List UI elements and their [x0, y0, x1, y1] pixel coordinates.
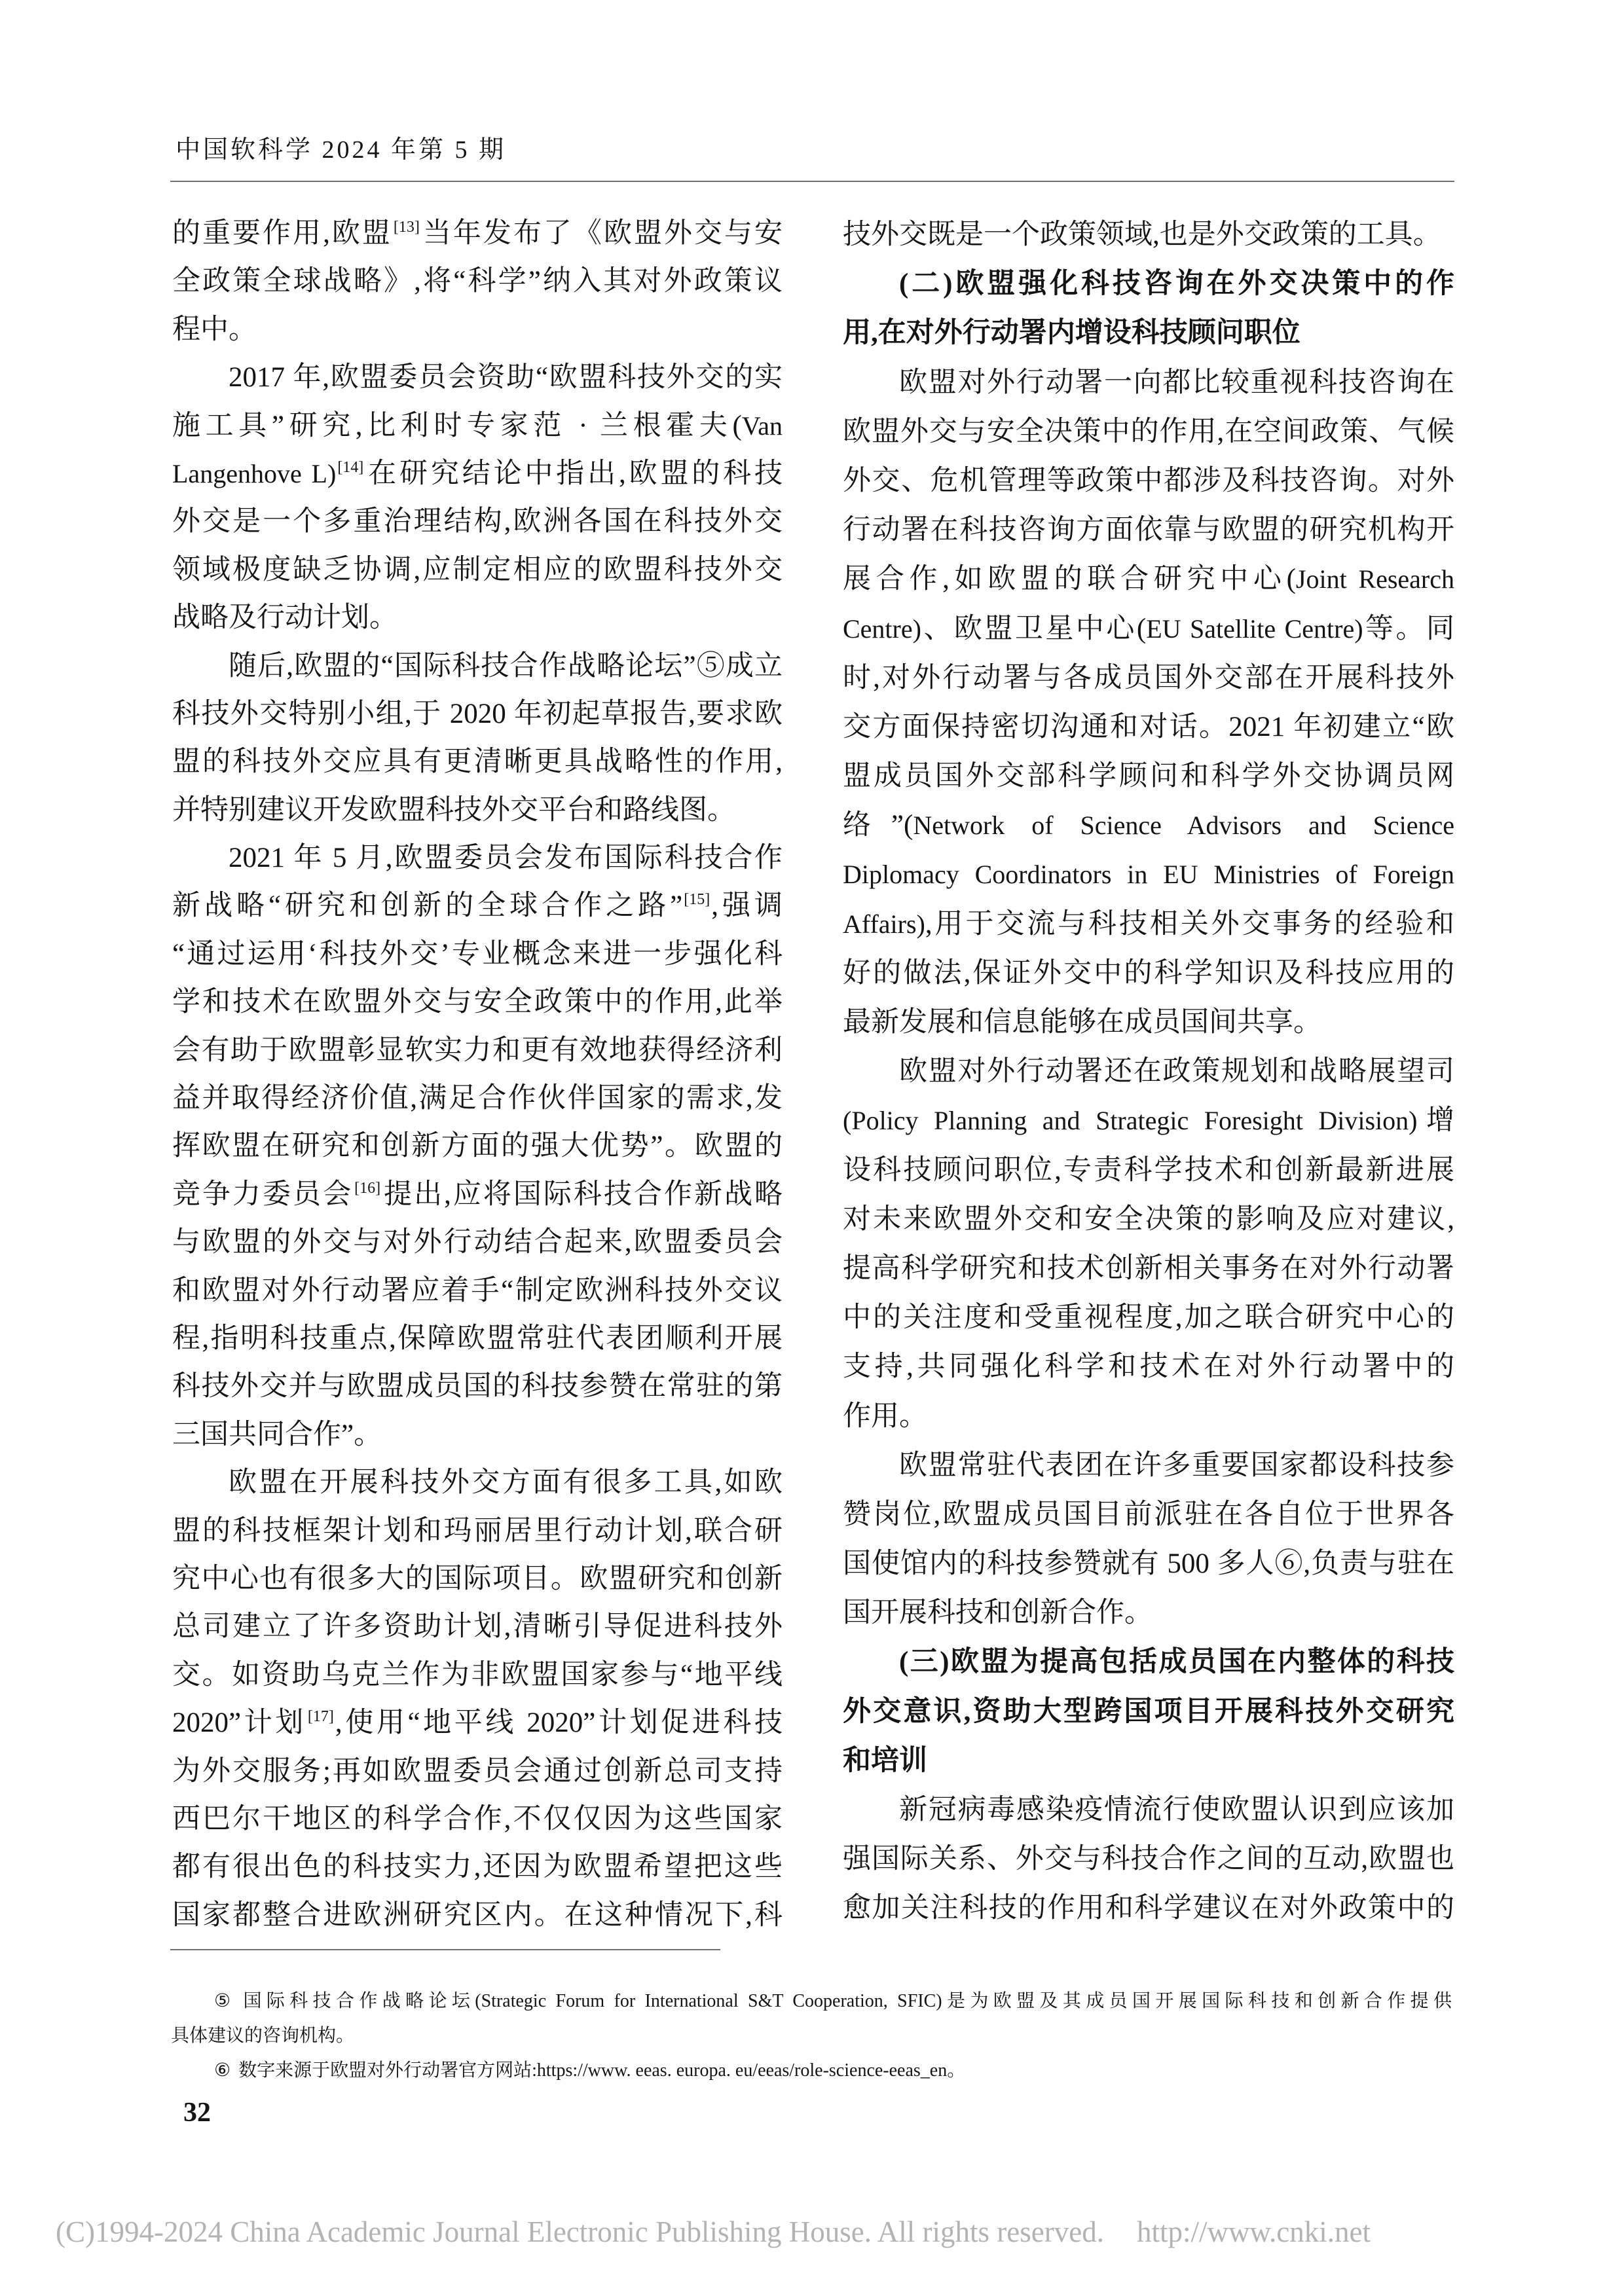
- text-line: 与欧盟的外交与对外行动结合起来,欧盟委员会: [172, 1218, 783, 1266]
- text-line: 为外交服务;再如欧盟委员会通过创新总司支持: [172, 1747, 783, 1795]
- page-number: 32: [183, 2098, 211, 2127]
- text-line: 程,指明科技重点,保障欧盟常驻代表团顺利开展: [172, 1315, 783, 1362]
- text-run: (二)欧盟强化科技咨询在外交决策中的作: [899, 268, 1454, 299]
- text-run: 络”(: [843, 810, 913, 841]
- text-run: 和培训: [843, 1745, 927, 1776]
- text-line: 国开展科技和创新合作。: [843, 1588, 1454, 1637]
- text-line: 行动署在科技咨询方面依靠与欧盟的研究机构开: [843, 505, 1454, 555]
- latin-run: Network of Science Advisors and Science: [913, 811, 1454, 840]
- text-run: 战略及行动计划。: [172, 602, 397, 633]
- paragraph: 欧盟对外行动署一向都比较重视科技咨询在 欧盟外交与安全决策中的作用,在空间政策、…: [843, 358, 1454, 1048]
- text-line: 对未来欧盟外交和安全决策的影响及应对建议,: [843, 1195, 1454, 1244]
- text-run: 2017 年,欧盟委员会资助“欧盟科技外交的实: [229, 362, 783, 393]
- footnote-line: ⑤国际科技合作战略论坛(Strategic Forum for Internat…: [171, 1984, 1452, 2018]
- heading-line: 用,在对外行动署内增设科技顾问职位: [843, 308, 1454, 357]
- text-run: 欧盟对外行动署还在政策规划和战略展望司: [899, 1056, 1454, 1087]
- paragraph: 欧盟常驻代表团在许多重要国家都设科技参 赞岗位,欧盟成员国目前派驻在各自位于世界…: [843, 1441, 1454, 1638]
- text-run: 会有助于欧盟彰显软实力和更有效地获得经济利: [172, 1035, 783, 1066]
- paragraph: 技外交既是一个政策领域,也是外交政策的工具。: [843, 210, 1454, 259]
- text-line: “通过运用‘科技外交’专业概念来进一步强化科: [172, 930, 783, 978]
- text-run: 强国际关系、外交与科技合作之间的互动,欧盟也: [843, 1844, 1454, 1874]
- section-heading: (三)欧盟为提高包括成员国在内整体的科技 外交意识,资助大型跨国项目开展科技外交…: [843, 1637, 1454, 1785]
- citation-superscript: [16]: [354, 1180, 380, 1197]
- heading-line: (二)欧盟强化科技咨询在外交决策中的作: [843, 259, 1454, 308]
- text-run: 支持,共同强化科学和技术在对外行动署中的: [843, 1351, 1454, 1382]
- text-run: 施工具”研究,比利时专家范 · 兰根霍夫(: [172, 410, 742, 441]
- footnote-text: 数字来源于欧盟对外行动署官方网站:https://www. eeas. euro…: [238, 2060, 965, 2081]
- text-line: 技外交既是一个政策领域,也是外交政策的工具。: [843, 210, 1454, 259]
- text-run: 和欧盟对外行动署应着手“制定欧洲科技外交议: [172, 1275, 783, 1306]
- text-line: 中的关注度和受重视程度,加之联合研究中心的: [843, 1293, 1454, 1342]
- text-line: 络”(Network of Science Advisors and Scien…: [843, 801, 1454, 850]
- text-run: 国使馆内的科技参赞就有 500 多人⑥,负责与驻在: [843, 1548, 1454, 1579]
- text-run: 欧盟外交与安全决策中的作用,在空间政策、气候: [843, 416, 1454, 447]
- right-column: 技外交既是一个政策领域,也是外交政策的工具。 (二)欧盟强化科技咨询在外交决策中…: [843, 210, 1454, 1933]
- text-line: 程中。: [172, 306, 783, 354]
- text-run: 提出,应将国际科技合作新战略: [382, 1179, 783, 1210]
- text-line: 战略及行动计划。: [172, 594, 783, 642]
- text-run: 为外交服务;再如欧盟委员会通过创新总司支持: [172, 1756, 783, 1787]
- text-line: (Policy Planning and Strategic Foresight…: [843, 1096, 1454, 1145]
- latin-run: EU Satellite Centre): [1146, 614, 1363, 644]
- text-run: 挥欧盟在研究和创新方面的强大优势”。欧盟的: [172, 1131, 783, 1161]
- footnote-text: 具体建议的咨询机构。: [171, 2026, 354, 2046]
- paragraph: 2017 年,欧盟委员会资助“欧盟科技外交的实 施工具”研究,比利时专家范 · …: [172, 354, 783, 642]
- text-run: 用,在对外行动署内增设科技顾问职位: [843, 318, 1301, 348]
- text-line: 2020”计划[17],使用“地平线 2020”计划促进科技: [172, 1699, 783, 1747]
- text-line: 随后,欧盟的“国际科技合作战略论坛”⑤成立: [172, 642, 783, 690]
- text-line: 外交、危机管理等政策中都涉及科技咨询。对外: [843, 456, 1454, 505]
- citation-superscript: [14]: [337, 459, 363, 476]
- text-run: 2020”计划: [172, 1707, 306, 1738]
- section-heading: (二)欧盟强化科技咨询在外交决策中的作 用,在对外行动署内增设科技顾问职位: [843, 259, 1454, 357]
- text-run: 科技外交特别小组,于 2020 年初起草报告,要求欧: [172, 699, 783, 729]
- text-line: 西巴尔干地区的科学合作,不仅仅因为这些国家: [172, 1795, 783, 1843]
- text-line: 盟成员国外交部科学顾问和科学外交协调员网: [843, 752, 1454, 801]
- text-run: “通过运用‘科技外交’专业概念来进一步强化科: [172, 939, 783, 970]
- latin-run: Diplomacy Coordinators in EU Ministries …: [843, 860, 1454, 889]
- text-run: 欧盟在开展科技外交方面有很多工具,如欧: [229, 1467, 783, 1498]
- text-line: 设科技顾问职位,专责科学技术和创新最新进展: [843, 1146, 1454, 1195]
- text-run: 等。同: [1363, 613, 1454, 644]
- text-run: 西巴尔干地区的科学合作,不仅仅因为这些国家: [172, 1804, 783, 1834]
- text-run: 盟的科技外交应具有更清晰更具战略性的作用,: [172, 746, 783, 777]
- footnote-rule: [170, 1949, 720, 1950]
- paragraph: 新冠病毒感染疫情流行使欧盟认识到应该加 强国际关系、外交与科技合作之间的互动,欧…: [843, 1785, 1454, 1933]
- left-column: 的重要作用,欧盟[13]当年发布了《欧盟外交与安 全政策全球战略》,将“科学”纳…: [172, 210, 783, 1939]
- text-run: 交。如资助乌克兰作为非欧盟国家参与“地平线: [172, 1660, 783, 1690]
- text-line: 时,对外行动署与各成员国外交部在开展科技外: [843, 653, 1454, 702]
- text-line: 施工具”研究,比利时专家范 · 兰根霍夫(Van: [172, 402, 783, 450]
- header-rule: [170, 181, 1454, 182]
- text-run: 程中。: [172, 314, 257, 345]
- text-run: 时,对外行动署与各成员国外交部在开展科技外: [843, 663, 1454, 693]
- text-line: 好的做法,保证外交中的科学知识及科技应用的: [843, 949, 1454, 998]
- text-line: 的重要作用,欧盟[13]当年发布了《欧盟外交与安: [172, 210, 783, 257]
- text-line: 交。如资助乌克兰作为非欧盟国家参与“地平线: [172, 1651, 783, 1699]
- paragraph: 2021 年 5 月,欧盟委员会发布国际科技合作 新战略“研究和创新的全球合作之…: [172, 834, 783, 1459]
- text-line: 新战略“研究和创新的全球合作之路”[15],强调: [172, 882, 783, 930]
- text-run: ,使用“地平线 2020”计划促进科技: [335, 1707, 783, 1738]
- text-line: 会有助于欧盟彰显软实力和更有效地获得经济利: [172, 1027, 783, 1074]
- text-run: 程,指明科技重点,保障欧盟常驻代表团顺利开展: [172, 1323, 783, 1354]
- text-run: 提高科学研究和技术创新相关事务在对外行动署: [843, 1253, 1454, 1284]
- latin-run: Affairs): [843, 909, 925, 939]
- text-line: 欧盟对外行动署一向都比较重视科技咨询在: [843, 358, 1454, 407]
- text-line: 三国共同合作”。: [172, 1411, 783, 1459]
- text-run: 全政策全球战略》,将“科学”纳入其对外政策议: [172, 266, 783, 297]
- copyright-text: (C)1994-2024 China Academic Journal Elec…: [56, 2215, 1104, 2248]
- text-line: 都有很出色的科技实力,还因为欧盟希望把这些: [172, 1843, 783, 1891]
- citation-superscript: [17]: [308, 1708, 334, 1725]
- footnote-marker: ⑤: [214, 1991, 235, 2011]
- text-run: 科技外交并与欧盟成员国的科技参赞在常驻的第: [172, 1371, 783, 1402]
- paragraph: 欧盟在开展科技外交方面有很多工具,如欧 盟的科技框架计划和玛丽居里行动计划,联合…: [172, 1459, 783, 1939]
- text-run: 三国共同合作”。: [172, 1419, 382, 1450]
- footnote-text: 国际科技合作战略论坛(Strategic Forum for Internati…: [243, 1991, 1452, 2011]
- text-line: 外交是一个多重治理结构,欧洲各国在科技外交: [172, 498, 783, 545]
- text-line: 竞争力委员会[16]提出,应将国际科技合作新战略: [172, 1171, 783, 1218]
- text-run: 欧盟对外行动署一向都比较重视科技咨询在: [899, 367, 1454, 398]
- text-line: 新冠病毒感染疫情流行使欧盟认识到应该加: [843, 1785, 1454, 1834]
- text-run: 交方面保持密切沟通和对话。2021 年初建立“欧: [843, 712, 1454, 742]
- text-line: 提高科学研究和技术创新相关事务在对外行动署: [843, 1244, 1454, 1293]
- text-line: 赞岗位,欧盟成员国目前派驻在各自位于世界各: [843, 1490, 1454, 1539]
- text-line: 究中心也有很多大的国际项目。欧盟研究和创新: [172, 1555, 783, 1603]
- text-run: 当年发布了《欧盟外交与安: [421, 218, 783, 249]
- text-line: 和欧盟对外行动署应着手“制定欧洲科技外交议: [172, 1267, 783, 1315]
- text-line: 交方面保持密切沟通和对话。2021 年初建立“欧: [843, 702, 1454, 752]
- text-run: 随后,欧盟的“国际科技合作战略论坛”⑤成立: [229, 651, 783, 682]
- journal-page: 中国软科学 2024 年第 5 期 的重要作用,欧盟[13]当年发布了《欧盟外交…: [0, 0, 1624, 2296]
- latin-run: Langenhove L): [172, 459, 336, 488]
- text-run: 技外交既是一个政策领域,也是外交政策的工具。: [843, 219, 1441, 250]
- text-run: 增: [1418, 1105, 1455, 1136]
- paragraph: 欧盟对外行动署还在政策规划和战略展望司 (Policy Planning and…: [843, 1047, 1454, 1441]
- paragraph: 随后,欧盟的“国际科技合作战略论坛”⑤成立 科技外交特别小组,于 2020 年初…: [172, 642, 783, 835]
- text-line: 国家都整合进欧洲研究区内。在这种情况下,科: [172, 1891, 783, 1939]
- text-line: 益并取得经济价值,满足合作伙伴国家的需求,发: [172, 1074, 783, 1122]
- footnote-line: ⑥数字来源于欧盟对外行动署官方网站:https://www. eeas. eur…: [171, 2053, 1452, 2088]
- text-run: 与欧盟的外交与对外行动结合起来,欧盟委员会: [172, 1227, 783, 1258]
- text-run: 领域极度缺乏协调,应制定相应的欧盟科技外交: [172, 555, 783, 585]
- citation-superscript: [13]: [394, 219, 420, 236]
- text-line: Diplomacy Coordinators in EU Ministries …: [843, 850, 1454, 899]
- text-run: 对未来欧盟外交和安全决策的影响及应对建议,: [843, 1204, 1454, 1235]
- text-line: 强国际关系、外交与科技合作之间的互动,欧盟也: [843, 1834, 1454, 1884]
- publisher-url: http://www.cnki.net: [1137, 2215, 1371, 2248]
- text-run: 新冠病毒感染疫情流行使欧盟认识到应该加: [899, 1795, 1454, 1825]
- text-line: 愈加关注科技的作用和科学建议在对外政策中的: [843, 1884, 1454, 1933]
- paragraph: 的重要作用,欧盟[13]当年发布了《欧盟外交与安 全政策全球战略》,将“科学”纳…: [172, 210, 783, 354]
- text-line: 学和技术在欧盟外交与安全政策中的作用,此举: [172, 978, 783, 1026]
- text-run: 展合作,如欧盟的联合研究中心(: [843, 564, 1296, 594]
- text-line: 欧盟对外行动署还在政策规划和战略展望司: [843, 1047, 1454, 1096]
- text-run: 赞岗位,欧盟成员国目前派驻在各自位于世界各: [843, 1499, 1454, 1530]
- latin-run: Joint Research: [1296, 564, 1454, 594]
- text-run: 作用。: [843, 1401, 927, 1432]
- text-line: 挥欧盟在研究和创新方面的强大优势”。欧盟的: [172, 1122, 783, 1170]
- footnote-line: 具体建议的咨询机构。: [171, 2018, 1452, 2053]
- heading-line: 和培训: [843, 1736, 1454, 1785]
- text-run: 在研究结论中指出,欧盟的科技: [365, 458, 783, 489]
- text-line: 全政策全球战略》,将“科学”纳入其对外政策议: [172, 257, 783, 305]
- footnote-marker: ⑥: [214, 2060, 231, 2081]
- text-run: 总司建立了许多资助计划,清晰引导促进科技外: [172, 1611, 783, 1642]
- text-line: 2017 年,欧盟委员会资助“欧盟科技外交的实: [172, 354, 783, 401]
- text-line: 科技外交并与欧盟成员国的科技参赞在常驻的第: [172, 1362, 783, 1410]
- text-run: 益并取得经济价值,满足合作伙伴国家的需求,发: [172, 1083, 783, 1114]
- footnotes: ⑤国际科技合作战略论坛(Strategic Forum for Internat…: [171, 1984, 1452, 2088]
- text-line: 展合作,如欧盟的联合研究中心(Joint Research: [843, 555, 1454, 604]
- text-line: 支持,共同强化科学和技术在对外行动署中的: [843, 1342, 1454, 1391]
- text-run: 国家都整合进欧洲研究区内。在这种情况下,科: [172, 1900, 783, 1931]
- text-run: 盟的科技框架计划和玛丽居里行动计划,联合研: [172, 1516, 783, 1546]
- text-run: 外交、危机管理等政策中都涉及科技咨询。对外: [843, 465, 1454, 496]
- text-run: (三)欧盟为提高包括成员国在内整体的科技: [899, 1647, 1454, 1677]
- latin-run: Centre): [843, 614, 921, 644]
- latin-run: (Policy Planning and Strategic Foresight…: [843, 1106, 1418, 1135]
- text-run: 设科技顾问职位,专责科学技术和创新最新进展: [843, 1155, 1454, 1186]
- text-line: Langenhove L)[14]在研究结论中指出,欧盟的科技: [172, 450, 783, 498]
- text-run: 外交意识,资助大型跨国项目开展科技外交研究: [843, 1696, 1454, 1727]
- text-run: 竞争力委员会: [172, 1179, 353, 1210]
- citation-superscript: [15]: [684, 891, 710, 908]
- text-run: 国开展科技和创新合作。: [843, 1597, 1153, 1628]
- text-line: 作用。: [843, 1392, 1454, 1441]
- latin-run: Van: [742, 411, 783, 441]
- text-run: 好的做法,保证外交中的科学知识及科技应用的: [843, 958, 1454, 989]
- text-run: ,用于交流与科技相关外交事务的经验和: [925, 909, 1454, 939]
- text-run: 愈加关注科技的作用和科学建议在对外政策中的: [843, 1893, 1454, 1923]
- text-run: 外交是一个多重治理结构,欧洲各国在科技外交: [172, 506, 783, 537]
- text-run: 2021 年 5 月,欧盟委员会发布国际科技合作: [229, 843, 783, 873]
- text-line: 总司建立了许多资助计划,清晰引导促进科技外: [172, 1603, 783, 1650]
- text-run: 最新发展和信息能够在成员国间共享。: [843, 1007, 1321, 1038]
- text-run: 都有很出色的科技实力,还因为欧盟希望把这些: [172, 1851, 783, 1882]
- text-line: Centre)、欧盟卫星中心(EU Satellite Centre)等。同: [843, 604, 1454, 653]
- text-line: 盟的科技外交应具有更清晰更具战略性的作用,: [172, 738, 783, 786]
- text-run: 、欧盟卫星中心(: [921, 613, 1146, 644]
- text-line: 欧盟常驻代表团在许多重要国家都设科技参: [843, 1441, 1454, 1490]
- text-run: 盟成员国外交部科学顾问和科学外交协调员网: [843, 761, 1454, 792]
- text-line: 最新发展和信息能够在成员国间共享。: [843, 998, 1454, 1047]
- text-line: 并特别建议开发欧盟科技外交平台和路线图。: [172, 786, 783, 834]
- running-header: 中国软科学 2024 年第 5 期: [175, 134, 506, 166]
- text-run: 欧盟常驻代表团在许多重要国家都设科技参: [899, 1450, 1454, 1481]
- text-run: 并特别建议开发欧盟科技外交平台和路线图。: [172, 795, 735, 826]
- copyright-notice: (C)1994-2024 China Academic Journal Elec…: [56, 2217, 1371, 2247]
- text-run: 新战略“研究和创新的全球合作之路”: [172, 890, 682, 921]
- text-line: 欧盟外交与安全决策中的作用,在空间政策、气候: [843, 407, 1454, 456]
- text-line: 领域极度缺乏协调,应制定相应的欧盟科技外交: [172, 546, 783, 594]
- text-line: 欧盟在开展科技外交方面有很多工具,如欧: [172, 1459, 783, 1506]
- text-line: 盟的科技框架计划和玛丽居里行动计划,联合研: [172, 1507, 783, 1555]
- text-line: 国使馆内的科技参赞就有 500 多人⑥,负责与驻在: [843, 1539, 1454, 1588]
- text-line: 科技外交特别小组,于 2020 年初起草报告,要求欧: [172, 690, 783, 738]
- heading-line: (三)欧盟为提高包括成员国在内整体的科技: [843, 1637, 1454, 1686]
- text-run: 中的关注度和受重视程度,加之联合研究中心的: [843, 1302, 1454, 1333]
- text-line: 2021 年 5 月,欧盟委员会发布国际科技合作: [172, 834, 783, 882]
- text-run: 究中心也有很多大的国际项目。欧盟研究和创新: [172, 1563, 783, 1594]
- text-run: 学和技术在欧盟外交与安全政策中的作用,此举: [172, 987, 783, 1017]
- heading-line: 外交意识,资助大型跨国项目开展科技外交研究: [843, 1687, 1454, 1736]
- text-run: ,强调: [711, 890, 783, 921]
- text-line: Affairs),用于交流与科技相关外交事务的经验和: [843, 900, 1454, 949]
- text-run: 的重要作用,欧盟: [172, 218, 392, 249]
- text-run: 行动署在科技咨询方面依靠与欧盟的研究机构开: [843, 515, 1454, 545]
